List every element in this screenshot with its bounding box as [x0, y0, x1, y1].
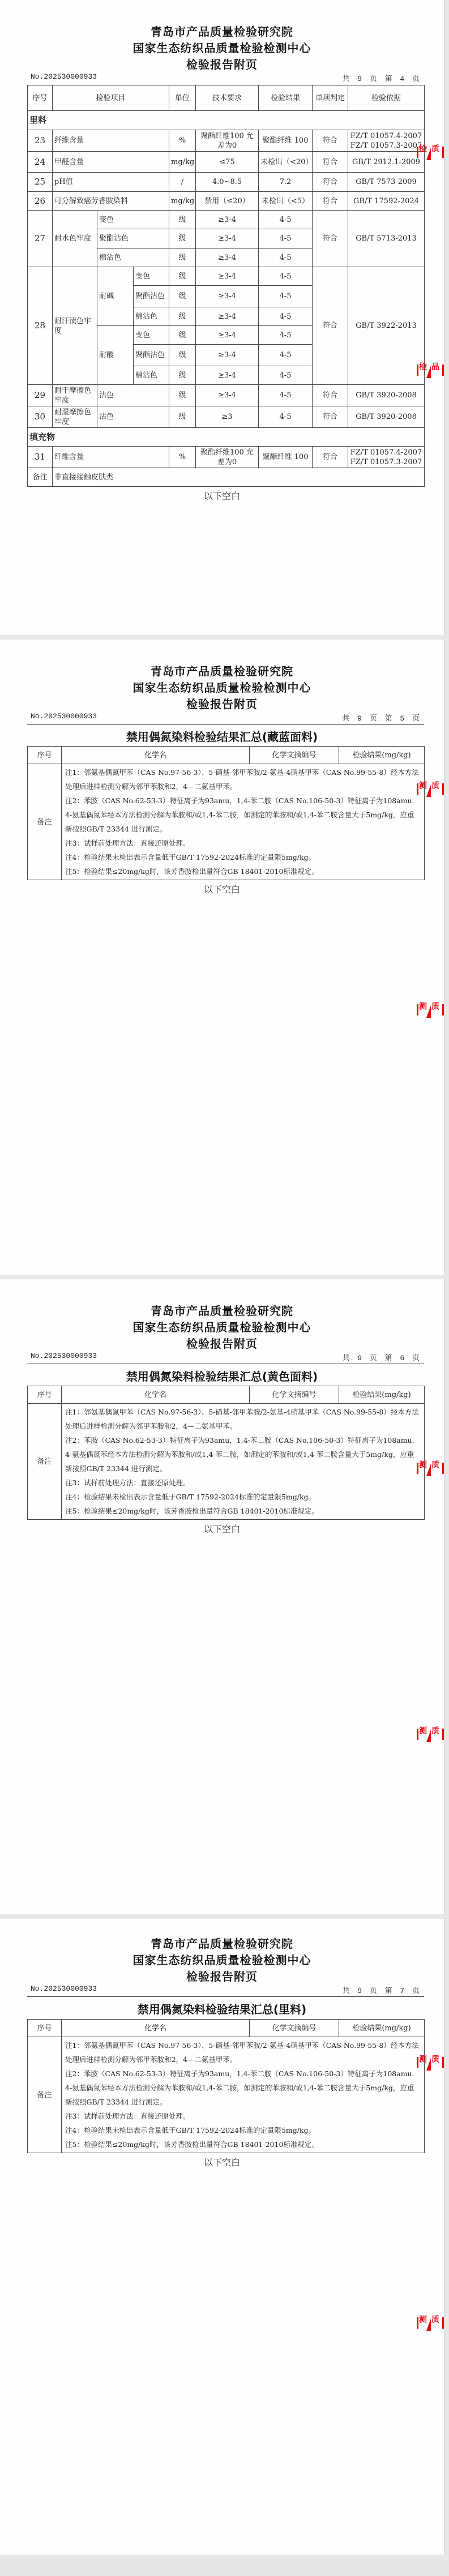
table-row: 25 pH值 / 4.0~8.5 7.2 符合 GB/T 7573-2009	[28, 173, 425, 192]
basis-line: FZ/T 01057.4-2007	[350, 131, 422, 141]
cell-requirement: ≥3-4	[196, 366, 259, 385]
cell-unit: %	[169, 130, 196, 152]
institute-name: 青岛市产品质量检验研究院	[0, 1302, 444, 1318]
cell-subitem: 棉沾色	[134, 307, 169, 326]
cell-result: 4-5	[259, 326, 313, 345]
cell-requirement: 聚酯纤维100 允差为0	[196, 447, 259, 468]
header-divider	[27, 1364, 424, 1364]
cell-seq: 26	[28, 192, 53, 211]
table-row: 28 耐汗渍色牢度 耐碱 变色 级 ≥3-4 4-5 符合 GB/T 3922-…	[28, 267, 425, 286]
header-chemical-name: 化学名	[62, 747, 250, 764]
note-5: 注5：检验结果≤20mg/kg时，该芳香胺检出量符合GB 18401-2010标…	[65, 2137, 421, 2151]
cell-item: 可分解致癌芳香胺染料	[53, 192, 169, 211]
cell-unit: mg/kg	[169, 192, 196, 211]
header-cas-number: 化学文摘编号	[250, 2020, 339, 2037]
header-requirement: 技术要求	[196, 85, 259, 111]
header-divider	[27, 1996, 424, 1997]
cell-result: 聚酯纤维 100	[259, 130, 313, 152]
header-result: 检验结果(mg/kg)	[339, 1386, 425, 1404]
cell-unit: /	[169, 173, 196, 192]
note-4: 注4：检验结果未检出表示含量低于GB/T 17592-2024标准的定量限5mg…	[65, 1490, 421, 1504]
note-2: 注2：苯胺（CAS No.62-53-3）特征离子为93amu，1,4-苯二胺（…	[65, 794, 421, 836]
cell-requirement: ≥3-4	[196, 345, 259, 366]
cell-verdict: 符合	[313, 267, 348, 385]
table-row: 26 可分解致癌芳香胺染料 mg/kg 禁用（≤20） 未检出（<5） 符合 G…	[28, 192, 425, 211]
cell-result: 未检出（<20）	[259, 152, 313, 173]
note-2: 注2：苯胺（CAS No.62-53-3）特征离子为93amu，1,4-苯二胺（…	[65, 2067, 421, 2109]
table-row: 24 甲醛含量 mg/kg ≤75 未检出（<20） 符合 GB/T 2912.…	[28, 152, 425, 173]
cell-basis: FZ/T 01057.4-2007FZ/T 01057.3-2007	[348, 130, 425, 152]
cell-requirement: 禁用（≤20）	[196, 192, 259, 211]
cell-unit: 级	[169, 229, 196, 248]
table-row: 23 纤维含量 % 聚酯纤维100 允差为0 聚酯纤维 100 符合 FZ/T …	[28, 130, 425, 152]
cell-subitem: 聚酯沾色	[97, 229, 169, 248]
report-page-4: 青岛市产品质量检验研究院 国家生态纺织品质量检验检测中心 检验报告附页 No.2…	[0, 0, 444, 635]
cell-subitem: 变色	[134, 326, 169, 345]
cell-requirement: ≥3-4	[196, 267, 259, 286]
results-table: 序号 检验项目 单位 技术要求 检验结果 单项判定 检验依据 里料 23 纤维含…	[27, 85, 425, 487]
cell-seq: 29	[28, 385, 53, 406]
report-title: 检验报告附页	[0, 1335, 444, 1351]
cell-unit: 级	[169, 406, 196, 428]
cell-unit: 级	[169, 345, 196, 366]
table-row: 31 纤维含量 % 聚酯纤维100 允差为0 聚酯纤维 100 符合 FZ/T …	[28, 447, 425, 468]
header-divider	[27, 724, 424, 725]
seal-stamp-fragment: 质测	[436, 1726, 444, 1746]
blank-below-note: 以下空白	[0, 489, 444, 502]
cell-subitem: 聚酯沾色	[134, 345, 169, 366]
cell-seq: 31	[28, 447, 53, 468]
table-header-row: 序号 检验项目 单位 技术要求 检验结果 单项判定 检验依据	[28, 85, 425, 111]
table-title: 禁用偶氮染料检验结果汇总(里料)	[0, 2000, 444, 2017]
institute-name: 青岛市产品质量检验研究院	[0, 23, 444, 39]
basis-line: FZ/T 01057.4-2007	[350, 448, 422, 457]
header-result: 检验结果	[259, 85, 313, 111]
cell-verdict: 符合	[313, 173, 348, 192]
cell-seq: 28	[28, 267, 53, 385]
cell-result: 4-5	[259, 385, 313, 406]
section-title: 填充物	[28, 428, 425, 447]
report-number: No.202530000933	[31, 1352, 97, 1362]
institute-name: 青岛市产品质量检验研究院	[0, 662, 444, 679]
cell-result: 4-5	[259, 345, 313, 366]
cell-result: 4-5	[259, 229, 313, 248]
cell-seq: 23	[28, 130, 53, 152]
cell-item: 甲醛含量	[53, 152, 169, 173]
note-4: 注4：检验结果未检出表示含量低于GB/T 17592-2024标准的定量限5mg…	[65, 2123, 421, 2137]
seal-stamp-fragment: 质测	[436, 781, 444, 800]
cell-subitem: 沾色	[97, 385, 169, 406]
notes-row: 备注 注1：邻氨基偶氮甲苯（CAS No.97-56-3）、5-硝基-邻甲苯胺/…	[28, 764, 425, 880]
note-1: 注1：邻氨基偶氮甲苯（CAS No.97-56-3）、5-硝基-邻甲苯胺/2-氨…	[65, 1405, 421, 1433]
report-number: No.202530000933	[31, 712, 97, 723]
cell-verdict: 符合	[313, 406, 348, 428]
section-title: 里料	[28, 111, 425, 130]
table-header-row: 序号 化学名 化学文摘编号 检验结果(mg/kg)	[28, 2020, 425, 2037]
page-indicator: 共 9 页 第 4 页	[342, 72, 421, 83]
cell-subitem: 沾色	[97, 406, 169, 428]
table-row: 29 耐干摩擦色牢度 沾色 级 ≥3-4 4-5 符合 GB/T 3920-20…	[28, 385, 425, 406]
table-title: 禁用偶氮染料检验结果汇总(藏蓝面料)	[0, 728, 444, 744]
page-indicator: 共 9 页 第 7 页	[342, 1984, 421, 1995]
cell-result: 4-5	[259, 211, 313, 229]
cell-basis: GB/T 5713-2013	[348, 211, 425, 267]
center-name: 国家生态纺织品质量检验检测中心	[0, 1318, 444, 1335]
header-result: 检验结果(mg/kg)	[339, 2020, 425, 2037]
cell-result: 4-5	[259, 366, 313, 385]
remark-row: 备注 非直接接触皮肤类	[28, 468, 425, 487]
cell-item: pH值	[53, 173, 169, 192]
cell-unit: %	[169, 447, 196, 468]
basis-line: FZ/T 01057.3-2007	[350, 141, 422, 151]
cell-requirement: ≥3-4	[196, 248, 259, 267]
cell-requirement: ≤75	[196, 152, 259, 173]
center-name: 国家生态纺织品质量检验检测中心	[0, 1951, 444, 1968]
cell-basis: GB/T 3922-2013	[348, 267, 425, 385]
cell-group: 耐酸	[97, 326, 134, 385]
section-row-lining: 里料	[28, 111, 425, 130]
table-row: 27 耐水色牢度 变色 级 ≥3-4 4-5 符合 GB/T 5713-2013	[28, 211, 425, 229]
header-result: 检验结果(mg/kg)	[339, 747, 425, 764]
header-cas-number: 化学文摘编号	[250, 1386, 339, 1404]
report-title: 检验报告附页	[0, 55, 444, 72]
cell-seq: 30	[28, 406, 53, 428]
seal-stamp-fragment: 质测	[436, 1002, 444, 1021]
cell-item: 耐汗渍色牢度	[53, 267, 97, 385]
note-3: 注3：试样前处理方法：直接还原处理。	[65, 1476, 421, 1490]
header-unit: 单位	[169, 85, 196, 111]
header-chemical-name: 化学名	[62, 1386, 250, 1404]
table-row: 30 耐湿摩擦色牢度 沾色 级 ≥3 4-5 符合 GB/T 3920-2008	[28, 406, 425, 428]
blank-below-note: 以下空白	[0, 1522, 444, 1535]
note-4: 注4：检验结果未检出表示含量低于GB/T 17592-2024标准的定量限5mg…	[65, 850, 421, 864]
basis-line: FZ/T 01057.3-2007	[350, 457, 422, 467]
note-3: 注3：试样前处理方法：直接还原处理。	[65, 2109, 421, 2123]
report-title: 检验报告附页	[0, 1968, 444, 1984]
report-meta: No.202530000933 共 9 页 第 5 页	[31, 712, 421, 723]
cell-basis: GB/T 3920-2008	[348, 406, 425, 428]
notes-text: 注1：邻氨基偶氮甲苯（CAS No.97-56-3）、5-硝基-邻甲苯胺/2-氨…	[62, 1404, 425, 1520]
notes-row: 备注 注1：邻氨基偶氮甲苯（CAS No.97-56-3）、5-硝基-邻甲苯胺/…	[28, 2037, 425, 2153]
note-1: 注1：邻氨基偶氮甲苯（CAS No.97-56-3）、5-硝基-邻甲苯胺/2-氨…	[65, 765, 421, 794]
notes-label: 备注	[28, 1404, 62, 1520]
cell-requirement: ≥3-4	[196, 286, 259, 307]
header-seq: 序号	[28, 85, 53, 111]
cell-basis: GB/T 7573-2009	[348, 173, 425, 192]
cell-requirement: ≥3-4	[196, 307, 259, 326]
cell-result: 4-5	[259, 248, 313, 267]
seal-stamp-fragment: 质测	[436, 2055, 444, 2074]
report-meta: No.202530000933 共 9 页 第 6 页	[31, 1352, 421, 1362]
report-meta: No.202530000933 共 9 页 第 7 页	[31, 1984, 421, 1995]
cell-unit: 级	[169, 326, 196, 345]
seal-stamp-fragment: 品检	[436, 362, 444, 382]
cell-requirement: 4.0~8.5	[196, 173, 259, 192]
cell-result: 4-5	[259, 267, 313, 286]
header-seq: 序号	[28, 1386, 62, 1404]
cell-verdict: 符合	[313, 130, 348, 152]
cell-requirement: ≥3-4	[196, 229, 259, 248]
section-row-filling: 填充物	[28, 428, 425, 447]
report-number: No.202530000933	[31, 72, 97, 83]
note-5: 注5：检验结果≤20mg/kg时，该芳香胺检出量符合GB 18401-2010标…	[65, 864, 421, 878]
seal-stamp-fragment: 质测	[436, 2315, 444, 2334]
institute-name: 青岛市产品质量检验研究院	[0, 1935, 444, 1951]
cell-unit: 级	[169, 248, 196, 267]
cell-group: 耐碱	[97, 267, 134, 326]
note-1: 注1：邻氨基偶氮甲苯（CAS No.97-56-3）、5-硝基-邻甲苯胺/2-氨…	[65, 2038, 421, 2067]
note-3: 注3：试样前处理方法：直接还原处理。	[65, 836, 421, 850]
cell-result: 4-5	[259, 406, 313, 428]
page-indicator: 共 9 页 第 5 页	[342, 712, 421, 723]
cell-result: 7.2	[259, 173, 313, 192]
notes-text: 注1：邻氨基偶氮甲苯（CAS No.97-56-3）、5-硝基-邻甲苯胺/2-氨…	[62, 2037, 425, 2153]
cell-requirement: ≥3-4	[196, 385, 259, 406]
cell-item: 纤维含量	[53, 447, 169, 468]
cell-requirement: ≥3-4	[196, 326, 259, 345]
header-seq: 序号	[28, 2020, 62, 2037]
table-header-row: 序号 化学名 化学文摘编号 检验结果(mg/kg)	[28, 747, 425, 764]
cell-unit: 级	[169, 385, 196, 406]
notes-row: 备注 注1：邻氨基偶氮甲苯（CAS No.97-56-3）、5-硝基-邻甲苯胺/…	[28, 1404, 425, 1520]
report-meta: No.202530000933 共 9 页 第 4 页	[31, 72, 421, 83]
note-2: 注2：苯胺（CAS No.62-53-3）特征离子为93amu，1,4-苯二胺（…	[65, 1433, 421, 1476]
report-page-azo: 青岛市产品质量检验研究院 国家生态纺织品质量检验检测中心 检验报告附页 No.2…	[0, 1279, 444, 1914]
blank-below-note: 以下空白	[0, 2155, 444, 2168]
cell-basis: FZ/T 01057.4-2007FZ/T 01057.3-2007	[348, 447, 425, 468]
cell-seq: 27	[28, 211, 53, 267]
azo-dye-table: 序号 化学名 化学文摘编号 检验结果(mg/kg) 备注 注1：邻氨基偶氮甲苯（…	[27, 1386, 425, 1520]
notes-label: 备注	[28, 764, 62, 880]
cell-seq: 24	[28, 152, 53, 173]
cell-unit: 级	[169, 267, 196, 286]
azo-dye-table: 序号 化学名 化学文摘编号 检验结果(mg/kg) 备注 注1：邻氨基偶氮甲苯（…	[27, 746, 425, 880]
seal-stamp-fragment: 质测	[436, 1460, 444, 1480]
table-title: 禁用偶氮染料检验结果汇总(黄色面料)	[0, 1368, 444, 1384]
cell-item: 纤维含量	[53, 130, 169, 152]
report-page-azo: 青岛市产品质量检验研究院 国家生态纺织品质量检验检测中心 检验报告附页 No.2…	[0, 1919, 444, 2554]
cell-verdict: 符合	[313, 152, 348, 173]
azo-dye-table: 序号 化学名 化学文摘编号 检验结果(mg/kg) 备注 注1：邻氨基偶氮甲苯（…	[27, 2019, 425, 2153]
notes-label: 备注	[28, 2037, 62, 2153]
table-header-row: 序号 化学名 化学文摘编号 检验结果(mg/kg)	[28, 1386, 425, 1404]
cell-unit: mg/kg	[169, 152, 196, 173]
remark-text: 非直接接触皮肤类	[53, 468, 425, 487]
page-indicator: 共 9 页 第 6 页	[342, 1352, 421, 1362]
report-page-azo: 青岛市产品质量检验研究院 国家生态纺织品质量检验检测中心 检验报告附页 No.2…	[0, 640, 444, 1275]
remark-label: 备注	[28, 468, 53, 487]
note-5: 注5：检验结果≤20mg/kg时，该芳香胺检出量符合GB 18401-2010标…	[65, 1504, 421, 1518]
cell-verdict: 符合	[313, 211, 348, 267]
cell-subitem: 棉沾色	[134, 366, 169, 385]
cell-unit: 级	[169, 307, 196, 326]
cell-verdict: 符合	[313, 192, 348, 211]
cell-requirement: ≥3	[196, 406, 259, 428]
cell-result: 4-5	[259, 307, 313, 326]
blank-below-note: 以下空白	[0, 882, 444, 895]
cell-result: 聚酯纤维 100	[259, 447, 313, 468]
cell-item: 耐干摩擦色牢度	[53, 385, 97, 406]
cell-item: 耐水色牢度	[53, 211, 97, 267]
cell-verdict: 符合	[313, 385, 348, 406]
cell-unit: 级	[169, 366, 196, 385]
header-basis: 检验依据	[348, 85, 425, 111]
header-verdict: 单项判定	[313, 85, 348, 111]
header-cas-number: 化学文摘编号	[250, 747, 339, 764]
cell-subitem: 变色	[97, 211, 169, 229]
cell-subitem: 变色	[134, 267, 169, 286]
cell-unit: 级	[169, 211, 196, 229]
cell-subitem: 棉沾色	[97, 248, 169, 267]
cell-result: 4-5	[259, 286, 313, 307]
center-name: 国家生态纺织品质量检验检测中心	[0, 679, 444, 695]
seal-stamp-fragment: 质检	[436, 144, 444, 164]
cell-subitem: 聚酯沾色	[134, 286, 169, 307]
center-name: 国家生态纺织品质量检验检测中心	[0, 39, 444, 55]
cell-verdict: 符合	[313, 447, 348, 468]
header-item: 检验项目	[53, 85, 169, 111]
header-chemical-name: 化学名	[62, 2020, 250, 2037]
report-number: No.202530000933	[31, 1984, 97, 1995]
cell-result: 未检出（<5）	[259, 192, 313, 211]
notes-text: 注1：邻氨基偶氮甲苯（CAS No.97-56-3）、5-硝基-邻甲苯胺/2-氨…	[62, 764, 425, 880]
cell-basis: GB/T 3920-2008	[348, 385, 425, 406]
cell-basis: GB/T 17592-2024	[348, 192, 425, 211]
cell-requirement: ≥3-4	[196, 211, 259, 229]
report-title: 检验报告附页	[0, 695, 444, 711]
cell-seq: 25	[28, 173, 53, 192]
cell-unit: 级	[169, 286, 196, 307]
cell-basis: GB/T 2912.1-2009	[348, 152, 425, 173]
header-seq: 序号	[28, 747, 62, 764]
cell-requirement: 聚酯纤维100 允差为0	[196, 130, 259, 152]
cell-item: 耐湿摩擦色牢度	[53, 406, 97, 428]
